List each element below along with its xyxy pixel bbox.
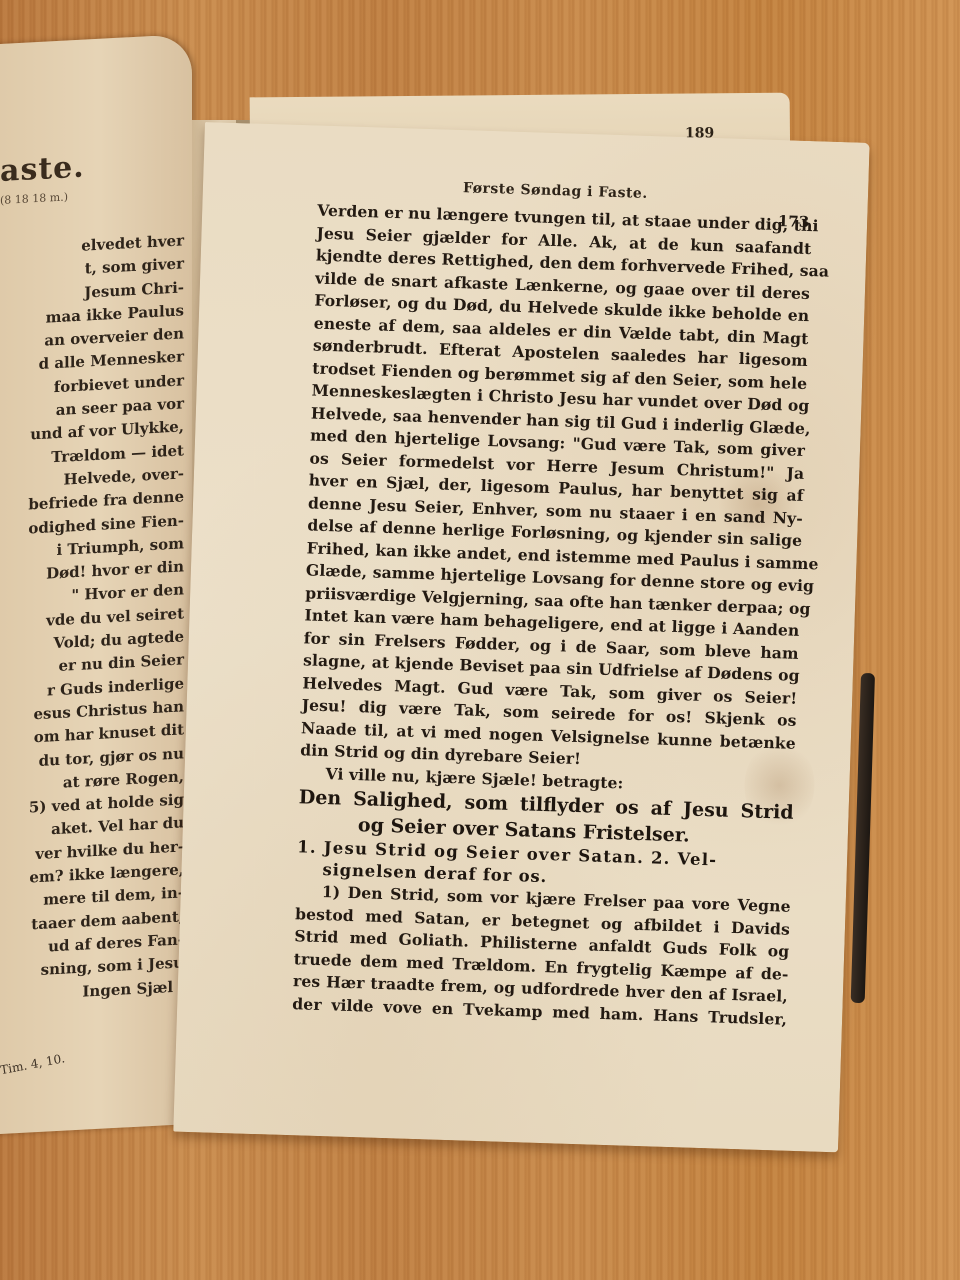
main-page: Første Søndag i Faste. 173 Verden er nu … [173, 122, 869, 1152]
page-body: Verden er nu længere tvungen til, at sta… [292, 200, 812, 1031]
left-page-text: elvedet hvert, som giverJesum Chri-maa i… [0, 229, 184, 1008]
left-page: aste. (8 18 18 m.) elvedet hvert, som gi… [0, 34, 192, 1136]
running-head: Første Søndag i Faste. [463, 180, 648, 202]
left-page-footnote: Tim. 4, 10. [0, 1051, 66, 1077]
left-page-subheading: (8 18 18 m.) [0, 190, 68, 207]
binding-edge [851, 673, 875, 1003]
paragraph-1: Verden er nu længere tvungen til, at sta… [300, 200, 812, 778]
paragraph-2: 1) Den Strid, som vor kjære Frelser paa … [292, 880, 791, 1030]
left-page-heading: aste. [0, 150, 85, 189]
